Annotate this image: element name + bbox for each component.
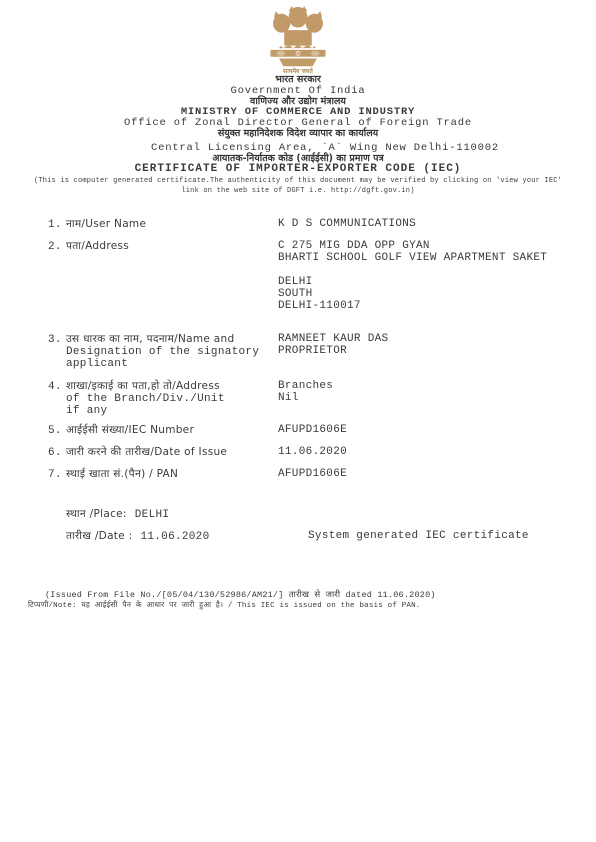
pan-value: AFUPD1606E (278, 468, 582, 480)
field-label-text: शाखा/इकाई का पता,हो तो/Address (66, 380, 220, 392)
field-number: 1. (48, 219, 66, 231)
field-row-address: 2.पता/Address C 275 MIG DDA OPP GYAN BHA… (48, 240, 582, 312)
certificate-fine-print: (This is computer generated certificate.… (0, 177, 596, 196)
field-label: 3.उस धारक का नाम, पदनाम/Name and Designa… (48, 333, 278, 370)
address-pincode: DELHI-110017 (278, 300, 582, 312)
issued-from-file-line: (Issued From File No./[05/04/130/52986/A… (0, 590, 596, 600)
field-number: 5. (48, 425, 66, 437)
date-of-issue-value: 11.06.2020 (278, 446, 582, 458)
field-value: K D S COMMUNICATIONS (278, 218, 582, 231)
field-number: 7. (48, 469, 66, 481)
place-label: स्थान /Place: (66, 508, 127, 520)
national-emblem-icon (255, 6, 341, 68)
field-label-text: स्थाई खाता सं.(पैन) / PAN (66, 468, 178, 480)
field-row-date-of-issue: 6.जारी करने की तारीख/Date of Issue 11.06… (48, 446, 582, 459)
header-government-english: Government Of India (0, 86, 596, 97)
field-label-text: applicant (48, 358, 278, 370)
header-address-line: Central Licensing Area, `A` Wing New Del… (27, 143, 596, 154)
header-office-hindi: संयुक्त महानिदेशक विदेश व्यापार का कार्य… (0, 129, 596, 140)
field-label: 5.आईईसी संख्या/IEC Number (48, 424, 278, 437)
field-label: 1.नाम/User Name (48, 218, 278, 231)
field-value: Branches Nil (278, 380, 582, 417)
field-value: AFUPD1606E (278, 468, 582, 481)
field-label: 2.पता/Address (48, 240, 278, 312)
place-line: स्थान /Place:DELHI (0, 508, 596, 521)
iec-certificate-page: सत्यमेव जयते भारत सरकार Government Of In… (0, 0, 596, 842)
date-label: तारीख /Date : (66, 530, 132, 542)
field-label-text: जारी करने की तारीख/Date of Issue (66, 446, 227, 458)
address-line-2: BHARTI SCHOOL GOLF VIEW APARTMENT SAKET (278, 252, 582, 264)
field-label: 6.जारी करने की तारीख/Date of Issue (48, 446, 278, 459)
system-generated-note: System generated IEC certificate (308, 530, 529, 542)
field-label: 4.शाखा/इकाई का पता,हो तो/Address of the … (48, 380, 278, 417)
field-label-text: if any (48, 405, 278, 417)
field-value-text: K D S COMMUNICATIONS (278, 218, 582, 230)
field-number: 6. (48, 447, 66, 459)
address-line-blank (278, 264, 582, 276)
address-line-1: C 275 MIG DDA OPP GYAN (278, 240, 582, 252)
fine-print-line-2: link on the web site of DGFT i.e. http:/… (0, 187, 596, 197)
field-row-signatory: 3.उस धारक का नाम, पदनाम/Name and Designa… (48, 333, 582, 370)
field-number: 4. (48, 381, 66, 393)
field-value: C 275 MIG DDA OPP GYAN BHARTI SCHOOL GOL… (278, 240, 582, 312)
field-label: 7.स्थाई खाता सं.(पैन) / PAN (48, 468, 278, 481)
signatory-name: RAMNEET KAUR DAS (278, 333, 582, 345)
branches-label: Branches (278, 380, 582, 392)
field-value: RAMNEET KAUR DAS PROPRIETOR (278, 333, 582, 370)
field-row-pan: 7.स्थाई खाता सं.(पैन) / PAN AFUPD1606E (48, 468, 582, 481)
field-label-text: नाम/User Name (66, 218, 146, 230)
field-row-iec-number: 5.आईईसी संख्या/IEC Number AFUPD1606E (48, 424, 582, 437)
fields-section: 1.नाम/User Name K D S COMMUNICATIONS 2.प… (0, 218, 596, 481)
date-value: 11.06.2020 (140, 531, 209, 543)
field-row-branches: 4.शाखा/इकाई का पता,हो तो/Address of the … (48, 380, 582, 417)
certificate-title-english: CERTIFICATE OF IMPORTER-EXPORTER CODE (I… (0, 164, 596, 175)
field-number: 3. (48, 334, 66, 346)
field-number: 2. (48, 241, 66, 253)
field-label-text: आईईसी संख्या/IEC Number (66, 424, 194, 436)
place-value: DELHI (135, 509, 170, 521)
date-line: तारीख /Date :11.06.2020 System generated… (0, 530, 596, 543)
field-row-user-name: 1.नाम/User Name K D S COMMUNICATIONS (48, 218, 582, 231)
field-label-text: पता/Address (66, 240, 129, 252)
field-value: AFUPD1606E (278, 424, 582, 437)
field-label-text: उस धारक का नाम, पदनाम/Name and (66, 333, 234, 345)
field-label-text: Designation of the signatory (48, 346, 278, 358)
iec-number-value: AFUPD1606E (278, 424, 582, 436)
address-district: SOUTH (278, 288, 582, 300)
footer-section: (Issued From File No./[05/04/130/52986/A… (0, 590, 596, 611)
pan-basis-note-line: टिप्पणी/Note: यह आईईसी पैन के आधार पर जा… (0, 602, 596, 611)
field-label-text: of the Branch/Div./Unit (48, 393, 278, 405)
fine-print-line-1: (This is computer generated certificate.… (0, 177, 596, 187)
field-value: 11.06.2020 (278, 446, 582, 459)
address-city: DELHI (278, 276, 582, 288)
signatory-designation: PROPRIETOR (278, 345, 582, 357)
emblem-section: सत्यमेव जयते (0, 0, 596, 75)
branches-value: Nil (278, 392, 582, 404)
